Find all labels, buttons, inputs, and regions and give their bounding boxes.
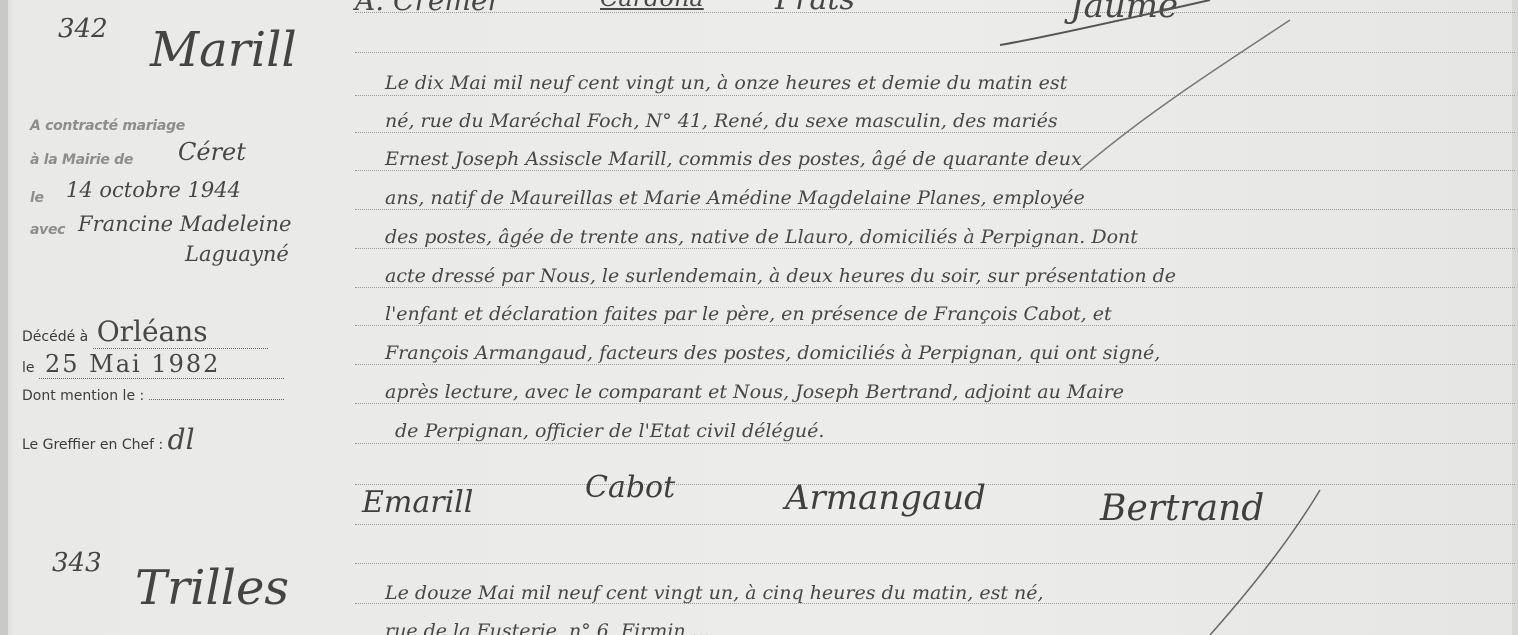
entry-number: 343 (52, 548, 102, 578)
marriage-place: Céret (178, 138, 246, 166)
death-date-field: le 25 Mai 1982 (22, 350, 284, 379)
entry-surname: Marill (150, 22, 297, 78)
act-text-line: né, rue du Maréchal Foch, N° 41, René, d… (385, 110, 1058, 132)
death-date-value: 25 Mai 1982 (45, 350, 220, 378)
signature: Cabot (585, 470, 675, 505)
signature: Bertrand (1100, 488, 1264, 529)
act-text-line: rue de la Fusterie, n° 6, Firmin ... (385, 620, 710, 635)
death-date-label: le (22, 360, 35, 376)
death-place-value: Orléans (97, 315, 208, 348)
marriage-stamp-line: à la Mairie de (30, 152, 133, 168)
act-text-line: Le douze Mai mil neuf cent vingt un, à c… (385, 582, 1044, 604)
act-text-line: des postes, âgée de trente ans, native d… (385, 226, 1138, 248)
act-text-line: l'enfant et déclaration faites par le pè… (385, 303, 1112, 325)
mention-label: Dont mention le : (22, 388, 144, 404)
clerk-label: Le Greffier en Chef : (22, 437, 163, 453)
marriage-date: 14 octobre 1944 (66, 178, 241, 202)
clerk-initials: dl (168, 423, 195, 456)
entry-number: 342 (58, 14, 108, 44)
left-margin: 342 Marill A contracté mariage à la Mair… (0, 0, 345, 635)
entry-surname: Trilles (135, 560, 289, 616)
death-place-label: Décédé à (22, 329, 88, 345)
act-text-line: après lecture, avec le comparant et Nous… (385, 381, 1124, 403)
act-text-line: de Perpignan, officier de l'Etat civil d… (395, 420, 824, 442)
act-text-line: acte dressé par Nous, le surlendemain, à… (385, 265, 1176, 287)
act-text-line: Ernest Joseph Assiscle Marill, commis de… (385, 148, 1082, 170)
marriage-stamp-line: A contracté mariage (30, 118, 185, 134)
clerk-field: Le Greffier en Chef : dl (22, 423, 195, 456)
spouse-surname: Laguayné (185, 242, 289, 266)
act-text-line: François Armangaud, facteurs des postes,… (385, 342, 1160, 364)
mention-value (149, 399, 284, 400)
register-page: A. Crémer Cardona Prats Jaume 342 Marill… (0, 0, 1518, 635)
act-text-line: Le dix Mai mil neuf cent vingt un, à onz… (385, 72, 1067, 94)
act-text-line: ans, natif de Maureillas et Marie Amédin… (385, 187, 1085, 209)
marriage-stamp-line: le (30, 190, 44, 206)
signature: Emarill (362, 485, 473, 520)
signature: Armangaud (785, 478, 986, 518)
marriage-stamp-line: avec (30, 222, 65, 238)
death-place-field: Décédé à Orléans (22, 315, 268, 349)
mention-field: Dont mention le : (22, 388, 284, 404)
spouse-name: Francine Madeleine (78, 212, 291, 236)
